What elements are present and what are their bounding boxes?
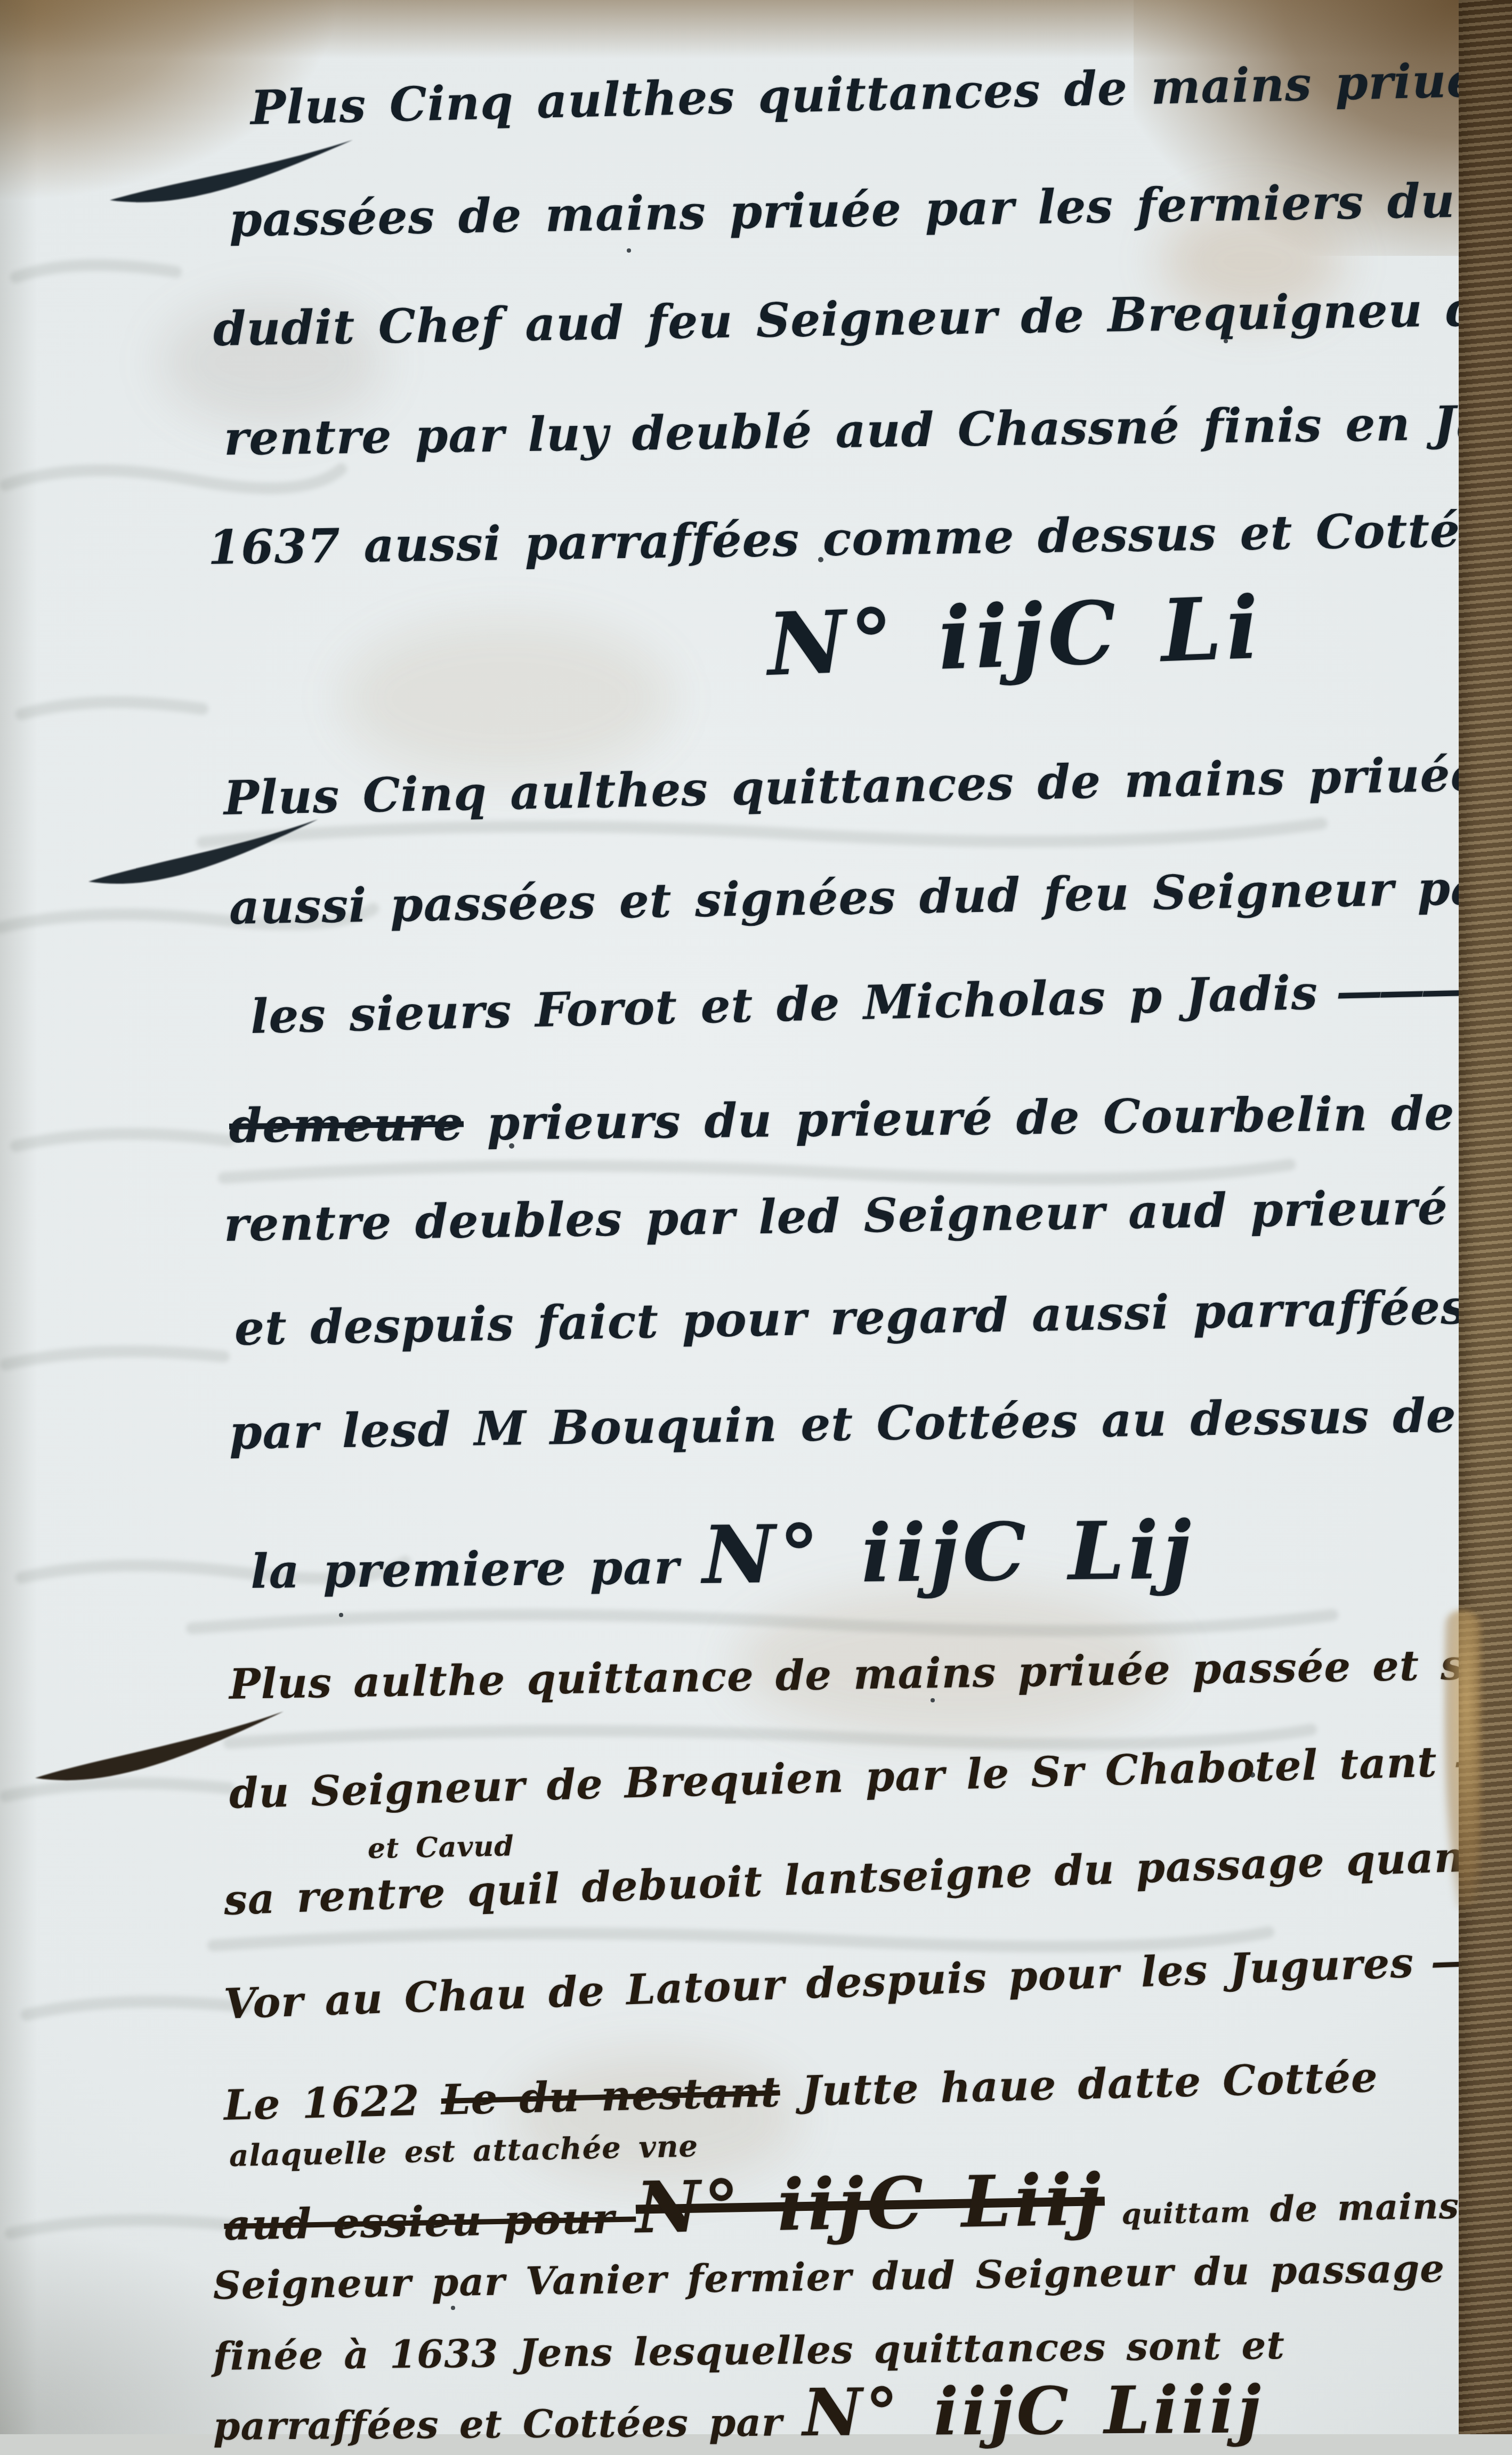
- text-segment: passées de mains priuée par les fermiers…: [229, 168, 1512, 247]
- text-segment: les sieurs Forot et de Micholas p Jadis: [250, 965, 1319, 1044]
- text-segment: parraffées et Cottées par: [213, 2399, 803, 2434]
- text-segment: Plus Cinq aulthes quittances de mains pr…: [250, 51, 1508, 135]
- manuscript-line: aussi passées et signées dud feu Seigneu…: [229, 857, 1512, 935]
- manuscript-line: parraffées et Cottées par N° iijC Liiij: [213, 2371, 1264, 2434]
- text-segment: Jutte haue datte Cottée: [780, 2053, 1379, 2116]
- manuscript-line: demeure prieurs du prieuré de Courbelin …: [229, 1083, 1512, 1153]
- text-segment: finée à 1633 Jens lesquelles quittances …: [213, 2322, 1285, 2379]
- entry-number: N° iijC Li: [766, 577, 1265, 696]
- manuscript-line: passées de mains priuée par les fermiers…: [229, 167, 1512, 247]
- manuscript-line: Plus Cinq aulthes quittances de mains pr…: [250, 47, 1512, 135]
- manuscript-line: Le 1622 Le du nestant Jutte haue datte C…: [223, 2053, 1379, 2130]
- struck-text: aud essieu pour: [224, 2194, 637, 2250]
- page-edge-highlight: [1444, 1610, 1481, 1908]
- manuscript-line: Vor au Chau de Latour despuis pour les J…: [223, 1934, 1512, 2029]
- manuscript-line: finée à 1633 Jens lesquelles quittances …: [213, 2322, 1285, 2379]
- manuscript-text-block: Plus Cinq aulthes quittances de mains pr…: [0, 0, 1512, 2434]
- text-segment: 1637 aussi parraffées comme dessus et Co…: [207, 500, 1512, 575]
- text-segment: rentre par luy deublé aud Chassné finis …: [223, 393, 1512, 466]
- text-segment: Plus aulthe quittance de mains priuée pa…: [229, 1639, 1512, 1709]
- manuscript-line: les sieurs Forot et de Micholas p Jadis …: [250, 960, 1506, 1044]
- book-fore-edge: [1459, 0, 1512, 2434]
- text-segment: dudit Chef aud feu Seigneur de Brequigne…: [213, 280, 1512, 357]
- manuscript-line: et despuis faict pour regard aussi parra…: [234, 1276, 1512, 1356]
- text-segment: quittam: [1104, 2195, 1251, 2231]
- manuscript-line: rentre par luy deublé aud Chassné finis …: [223, 392, 1512, 466]
- text-segment: la premiere par: [250, 1539, 703, 1599]
- manuscript-line: par lesd M Bouquin et Cottées au dessus …: [229, 1385, 1512, 1460]
- manuscript-line: dudit Chef aud feu Seigneur de Brequigne…: [213, 277, 1512, 357]
- manuscript-line: rentre deubles par led Seigneur aud prie…: [223, 1177, 1512, 1252]
- text-segment: du Seigneur de Brequien par le Sr Chabot…: [229, 1738, 1438, 1818]
- manuscript-line: 1637 aussi parraffées comme dessus et Co…: [207, 498, 1512, 575]
- manuscript-line: et Cavud: [367, 1830, 514, 1865]
- text-segment: Plus Cinq aulthes quittances de mains pr…: [223, 746, 1481, 826]
- text-segment: et Cavud: [367, 1830, 514, 1865]
- manuscript-line: N° iijC Li: [766, 577, 1265, 696]
- entry-number: N° iijC Liiij: [802, 2371, 1264, 2434]
- text-segment: Vor au Chau de Latour despuis pour les J…: [223, 1939, 1414, 2029]
- text-segment: rentre deubles par led Seigneur aud prie…: [223, 1180, 1448, 1252]
- entry-number: N° iijC Liij: [635, 2158, 1105, 2249]
- struck-text: demeure: [229, 1095, 464, 1153]
- struck-text: Le du nestant: [441, 2068, 781, 2125]
- text-segment: et despuis faict pour regard aussi parra…: [234, 1279, 1468, 1356]
- text-segment: par lesd M Bouquin et Cottées au dessus …: [229, 1387, 1457, 1460]
- entry-number: N° iijC Lij: [702, 1504, 1196, 1602]
- manuscript-line: du Seigneur de Brequien par le Sr Chabot…: [229, 1734, 1512, 1818]
- manuscript-line: la premiere par N° iijC Lij: [250, 1504, 1196, 1607]
- text-segment: aussi passées et signées dud feu Seigneu…: [229, 859, 1507, 935]
- manuscript-line: Plus Cinq aulthes quittances de mains pr…: [223, 742, 1512, 826]
- text-segment: Le 1622: [223, 2076, 442, 2130]
- manuscript-line: Plus aulthe quittance de mains priuée pa…: [229, 1637, 1512, 1709]
- text-segment: prieurs du prieuré de Courbelin de la: [463, 1084, 1512, 1151]
- manuscript-page: Plus Cinq aulthes quittances de mains pr…: [0, 0, 1512, 2434]
